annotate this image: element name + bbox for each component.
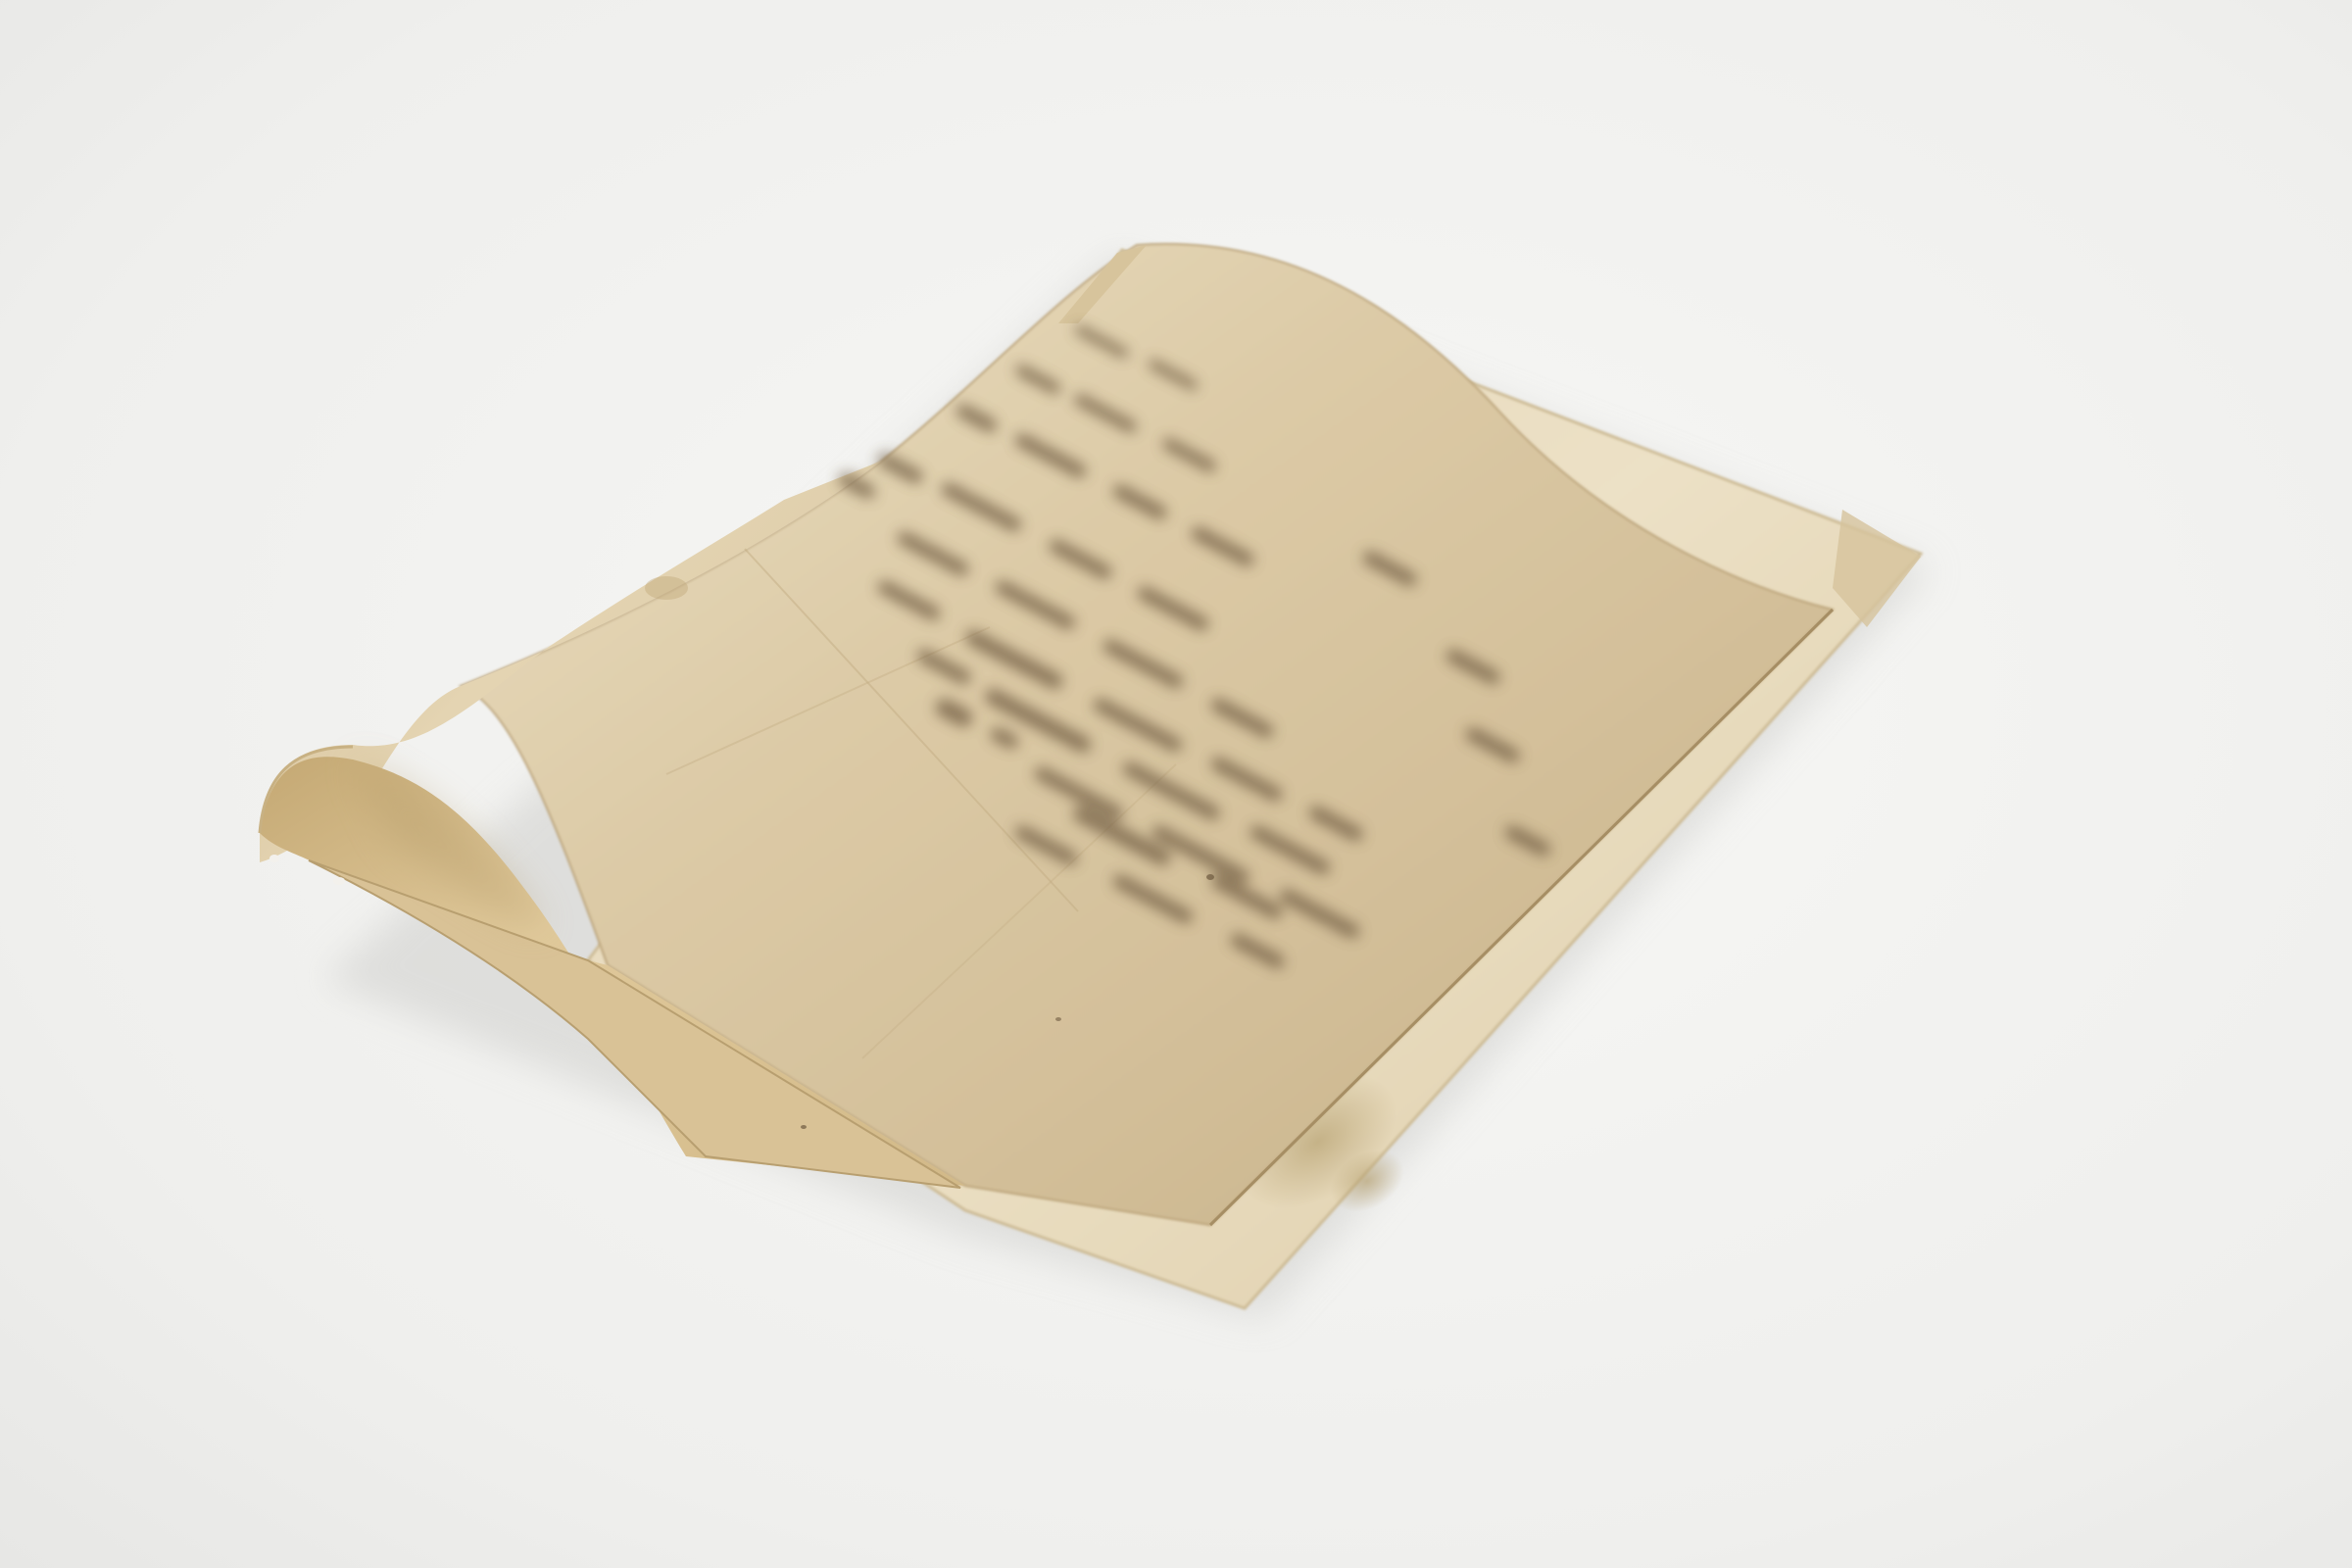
foxing-spot xyxy=(801,1125,807,1129)
foxing-spot xyxy=(1055,1017,1061,1021)
foxing-spot xyxy=(645,576,688,600)
punch-hole xyxy=(269,855,279,862)
photo-scene xyxy=(0,0,2352,1568)
punch-hole xyxy=(333,877,345,885)
